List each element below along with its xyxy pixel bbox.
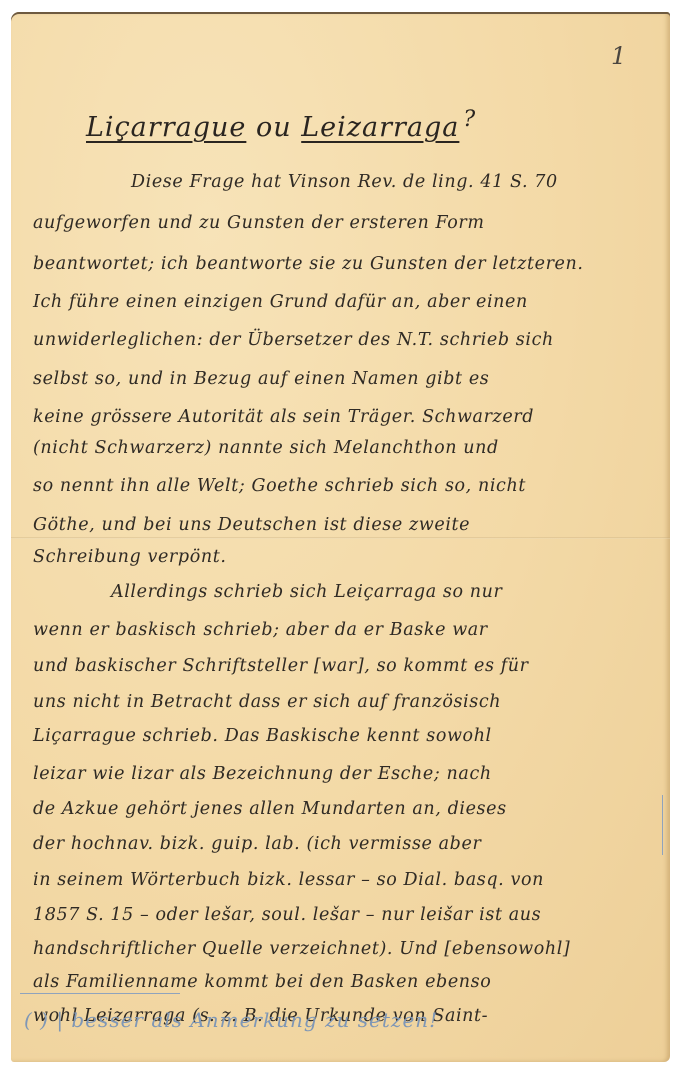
text-line: leizar wie lizar als Bezeichnung der Esc…	[33, 764, 492, 784]
text-line: der hochnav. bizk. guip. lab. (ich vermi…	[33, 834, 481, 854]
text-line: uns nicht in Betracht dass er sich auf f…	[33, 692, 501, 712]
paper-fold	[11, 537, 670, 539]
title-question-mark: ?	[463, 107, 476, 132]
text-line: beantwortet; ich beantworte sie zu Gunst…	[33, 254, 584, 274]
text-line: so nennt ihn alle Welt; Goethe schrieb s…	[33, 476, 526, 496]
text-line: wenn er baskisch schrieb; aber da er Bas…	[33, 620, 488, 640]
text-line: (nicht Schwarzerz) nannte sich Melanchth…	[33, 438, 499, 458]
page-number: 1	[611, 42, 626, 70]
text-line: Schreibung verpönt.	[33, 547, 227, 567]
text-line: keine grössere Autorität als sein Träger…	[33, 407, 534, 427]
title-part2: Leizarraga	[301, 112, 459, 143]
text-line: de Azkue gehört jenes allen Mundarten an…	[33, 799, 507, 819]
margin-mark	[662, 795, 663, 855]
text-line: unwiderleglichen: der Übersetzer des N.T…	[33, 330, 554, 350]
text-line: als Familienname kommt bei den Basken eb…	[33, 972, 491, 992]
text-line: Allerdings schrieb sich Leiçarraga so nu…	[111, 582, 502, 602]
text-line: Ich führe einen einzigen Grund dafür an,…	[33, 292, 528, 312]
text-line: und baskischer Schriftsteller [war], so …	[33, 656, 529, 676]
pencil-annotation: ( ) | besser als Anmerkung zu setzen!	[24, 1008, 438, 1032]
title-connector: ou	[256, 112, 292, 143]
page-title: Liçarrague ou Leizarraga?	[86, 107, 476, 143]
text-line: aufgeworfen und zu Gunsten der ersteren …	[33, 213, 485, 233]
text-line: Göthe, und bei uns Deutschen ist diese z…	[33, 515, 470, 535]
text-line: Diese Frage hat Vinson Rev. de ling. 41 …	[131, 172, 558, 192]
text-line: Liçarrague schrieb. Das Baskische kennt …	[33, 726, 492, 746]
text-line: selbst so, und in Bezug auf einen Namen …	[33, 369, 489, 389]
manuscript-page: 1 Liçarrague ou Leizarraga? Diese Frage …	[11, 12, 670, 1062]
text-line: handschriftlicher Quelle verzeichnet). U…	[33, 939, 570, 959]
text-line: in seinem Wörterbuch bizk. lessar – so D…	[33, 870, 544, 890]
title-part1: Liçarrague	[86, 112, 246, 143]
text-line: 1857 S. 15 – oder lešar, soul. lešar – n…	[33, 905, 541, 925]
footnote-rule	[20, 993, 180, 994]
